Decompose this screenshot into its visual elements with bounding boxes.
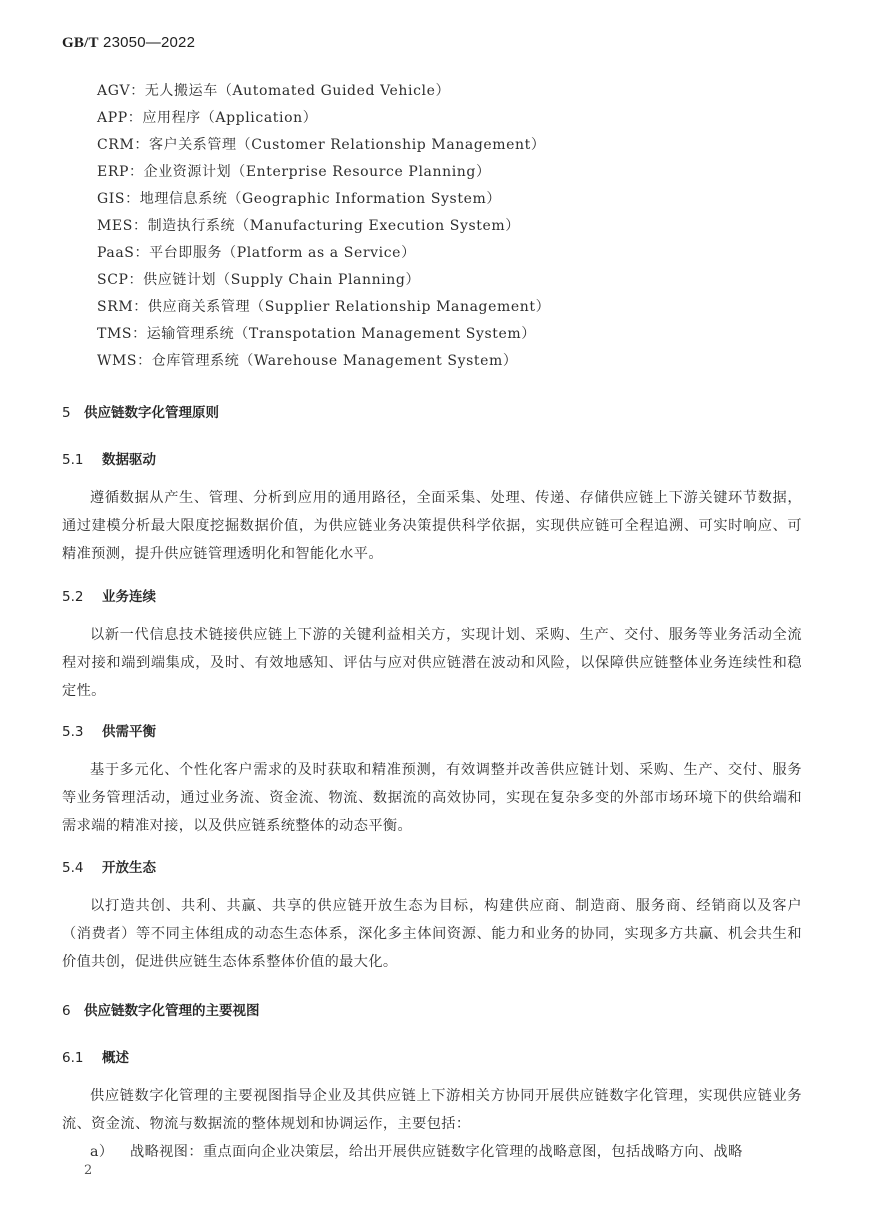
abbr-chinese: 应用程序 (142, 110, 200, 126)
abbr-chinese: 企业资源计划 (144, 164, 232, 180)
abbr-english: Enterprise Resource Planning (246, 164, 476, 180)
section-5-2-body: 以新一代信息技术链接供应链上下游的关键利益相关方，实现计划、采购、生产、交付、服… (62, 621, 802, 705)
abbr-code: SCP (97, 272, 129, 288)
section-title: 概述 (102, 1050, 129, 1066)
section-6-heading: 6供应链数字化管理的主要视图 (62, 999, 802, 1019)
section-number: 5 (62, 405, 84, 421)
abbreviation-item: WMS：仓库管理系统（Warehouse Management System） (97, 348, 550, 375)
abbr-chinese: 供应链计划 (143, 272, 216, 288)
section-number: 5.4 (62, 860, 102, 876)
abbr-chinese: 供应商关系管理 (148, 299, 250, 315)
abbreviation-item: ERP：企业资源计划（Enterprise Resource Planning） (97, 159, 550, 186)
abbr-code: APP (97, 110, 128, 126)
abbr-chinese: 地理信息系统 (140, 191, 228, 207)
section-5-3-heading: 5.3供需平衡 (62, 720, 802, 740)
abbr-code: GIS (97, 191, 125, 207)
abbr-english: Supply Chain Planning (231, 272, 406, 288)
abbr-english: Platform as a Service (237, 245, 401, 261)
section-number: 5.3 (62, 724, 102, 740)
abbreviation-item: TMS：运输管理系统（Transpotation Management Syst… (97, 321, 550, 348)
abbr-english: Warehouse Management System (254, 353, 503, 369)
abbr-code: WMS (97, 353, 137, 369)
section-title: 开放生态 (102, 860, 156, 876)
abbr-english: Application (215, 110, 302, 126)
section-title: 数据驱动 (102, 452, 156, 468)
abbr-english: Manufacturing Execution System (250, 218, 505, 234)
section-5-1-heading: 5.1数据驱动 (62, 448, 802, 468)
standard-number: 23050—2022 (103, 34, 195, 51)
abbreviation-item: CRM：客户关系管理（Customer Relationship Managem… (97, 132, 550, 159)
section-number: 5.1 (62, 452, 102, 468)
section-5-1-body: 遵循数据从产生、管理、分析到应用的通用路径，全面采集、处理、传递、存储供应链上下… (62, 484, 802, 568)
running-header: GB/T 23050—2022 (62, 34, 195, 52)
abbr-english: Automated Guided Vehicle (232, 83, 435, 99)
abbr-code: AGV (97, 83, 130, 99)
section-5-3-body: 基于多元化、个性化客户需求的及时获取和精准预测，有效调整并改善供应链计划、采购、… (62, 756, 802, 840)
section-title: 供应链数字化管理的主要视图 (84, 1003, 260, 1019)
list-marker: a） (90, 1138, 130, 1166)
abbr-english: Supplier Relationship Management (265, 299, 536, 315)
abbr-chinese: 制造执行系统 (148, 218, 236, 234)
section-5-4-heading: 5.4开放生态 (62, 856, 802, 876)
abbreviation-item: PaaS：平台即服务（Platform as a Service） (97, 240, 550, 267)
abbr-code: SRM (97, 299, 133, 315)
section-6-1-body: 供应链数字化管理的主要视图指导企业及其供应链上下游相关方协同开展供应链数字化管理… (62, 1082, 802, 1138)
abbr-chinese: 平台即服务 (149, 245, 222, 261)
section-number: 6 (62, 1003, 84, 1019)
abbr-chinese: 客户关系管理 (149, 137, 237, 153)
section-5-2-heading: 5.2业务连续 (62, 585, 802, 605)
list-item: a）战略视图：重点面向企业决策层，给出开展供应链数字化管理的战略意图，包括战略方… (62, 1138, 830, 1166)
abbr-code: ERP (97, 164, 129, 180)
abbreviation-item: MES：制造执行系统（Manufacturing Execution Syste… (97, 213, 550, 240)
section-number: 6.1 (62, 1050, 102, 1066)
section-5-4-body: 以打造共创、共利、共赢、共享的供应链开放生态为目标，构建供应商、制造商、服务商、… (62, 892, 802, 976)
abbr-code: CRM (97, 137, 134, 153)
abbr-code: MES (97, 218, 133, 234)
abbr-code: PaaS (97, 245, 134, 261)
abbr-code: TMS (97, 326, 132, 342)
abbr-chinese: 无人搬运车 (145, 83, 218, 99)
abbreviation-item: SCP：供应链计划（Supply Chain Planning） (97, 267, 550, 294)
abbr-english: Customer Relationship Management (251, 137, 531, 153)
page-number: 2 (84, 1163, 92, 1178)
section-5-heading: 5供应链数字化管理原则 (62, 401, 802, 421)
standard-prefix: GB/T (62, 35, 99, 51)
list-text: 战略视图：重点面向企业决策层，给出开展供应链数字化管理的战略意图，包括战略方向、… (130, 1144, 743, 1160)
abbr-chinese: 运输管理系统 (147, 326, 235, 342)
section-title: 供应链数字化管理原则 (84, 405, 219, 421)
abbreviation-item: GIS：地理信息系统（Geographic Information System… (97, 186, 550, 213)
abbreviation-list: AGV：无人搬运车（Automated Guided Vehicle） APP：… (97, 78, 550, 375)
section-title: 供需平衡 (102, 724, 156, 740)
section-6-1-heading: 6.1概述 (62, 1046, 802, 1066)
section-title: 业务连续 (102, 589, 156, 605)
abbr-english: Geographic Information System (242, 191, 486, 207)
section-number: 5.2 (62, 589, 102, 605)
abbreviation-item: SRM：供应商关系管理（Supplier Relationship Manage… (97, 294, 550, 321)
abbr-chinese: 仓库管理系统 (152, 353, 240, 369)
abbreviation-item: APP：应用程序（Application） (97, 105, 550, 132)
abbr-english: Transpotation Management System (249, 326, 521, 342)
abbreviation-item: AGV：无人搬运车（Automated Guided Vehicle） (97, 78, 550, 105)
